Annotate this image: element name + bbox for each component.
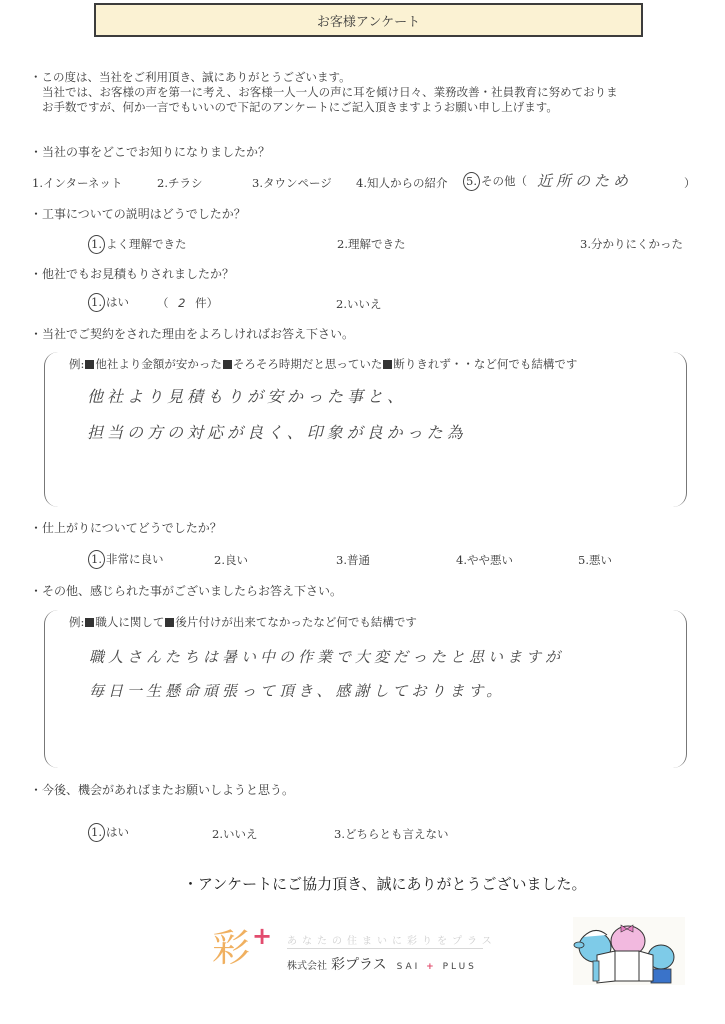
option-yes[interactable]: 1.はい: [88, 293, 129, 312]
option-internet[interactable]: 1.インターネット: [32, 175, 122, 191]
example-item: 他社より金額が安かった: [95, 357, 222, 371]
company-logo: 彩 + あなたの住まいに彩りをプラス 株式会社彩プラスSAI + PLUS: [212, 926, 482, 976]
option-bad[interactable]: 5.悪い: [578, 552, 612, 568]
other-close-paren: ）: [684, 175, 696, 191]
example-prefix: 例:: [69, 357, 84, 371]
option-good[interactable]: 2.良い: [214, 552, 248, 568]
brand-name: 彩プラス: [331, 957, 387, 973]
option-label: 非常に良い: [106, 552, 164, 566]
other-comments-answer-box[interactable]: 例:職人に関して後片付けが出来てなかったなど何でも結構です 職人さんたちは暑い中…: [44, 610, 687, 768]
intro-line-2: 当社では、お客様の声を第一に考え、お客様一人一人の声に耳を傾け日々、業務改善・社…: [30, 85, 618, 100]
question-future-use: ・今後、機会があればまたお願いしようと思う。: [30, 781, 294, 798]
logo-kanji-icon: 彩: [212, 926, 256, 970]
brand-en-left: SAI: [397, 962, 421, 972]
option-future-undecided[interactable]: 3.どちらとも言えない: [334, 826, 448, 842]
brand-en-plus: +: [426, 962, 437, 972]
selected-circle: 1.: [88, 823, 105, 842]
example-item: 後片付けが出来てなかったなど何でも結構です: [175, 615, 417, 629]
option-label: よく理解できた: [106, 237, 187, 251]
question-how-found: ・当社の事をどこでお知りになりましたか？: [30, 143, 270, 160]
survey-title-box: お客様アンケート: [94, 3, 643, 37]
option-understood[interactable]: 2.理解できた: [337, 236, 405, 252]
checkbox-square-icon: [85, 618, 94, 627]
option-referral[interactable]: 4.知人からの紹介: [356, 175, 447, 191]
option-other-label: その他（: [481, 174, 527, 188]
selected-circle: 1.: [88, 293, 105, 312]
handwritten-answer-line-1: 他社より見積もりが安かった事と、: [87, 384, 407, 407]
other-answer-handwritten[interactable]: 近所のため: [537, 170, 632, 191]
option-very-good[interactable]: 1.非常に良い: [88, 550, 164, 569]
logo-tagline: あなたの住まいに彩りをプラス: [287, 932, 497, 947]
option-understood-well[interactable]: 1.よく理解できた: [88, 235, 187, 254]
question-finish-quality: ・仕上がりについてどうでしたか？: [30, 519, 222, 536]
question-explanation: ・工事についての説明はどうでしたか？: [30, 205, 246, 222]
company-name: 株式会社彩プラスSAI + PLUS: [287, 954, 477, 974]
intro-text: ・この度は、当社をご利用頂き、誠にありがとうございます。 当社では、お客様の声を…: [30, 70, 618, 115]
option-label: はい: [106, 825, 129, 839]
contract-reason-answer-box[interactable]: 例:他社より金額が安かったそろそろ時期だと思っていた断りきれず・・など何でも結構…: [44, 352, 687, 507]
count-unit: 件）: [195, 296, 218, 310]
option-flyer[interactable]: 2.チラシ: [157, 175, 202, 191]
example-text: 例:職人に関して後片付けが出来てなかったなど何でも結構です: [69, 614, 417, 630]
selected-circle: 1.: [88, 550, 105, 569]
handwritten-answer-line-2: 担当の方の対応が良く、印象が良かった為: [87, 420, 467, 443]
option-future-yes[interactable]: 1.はい: [88, 823, 129, 842]
corp-prefix: 株式会社: [287, 961, 327, 972]
brand-en-right: PLUS: [443, 962, 477, 972]
thanks-message: ・アンケートにご協力頂き、誠にありがとうございました。: [183, 873, 587, 894]
checkbox-square-icon: [165, 618, 174, 627]
example-item: そろそろ時期だと思っていた: [233, 357, 383, 371]
option-average[interactable]: 3.普通: [336, 552, 370, 568]
mascot-characters-icon: [573, 917, 685, 985]
option-label: はい: [106, 295, 129, 309]
checkbox-square-icon: [383, 360, 392, 369]
option-hard-to-understand[interactable]: 3.分かりにくかった: [580, 236, 683, 252]
survey-title: お客様アンケート: [317, 11, 420, 30]
option-future-no[interactable]: 2.いいえ: [212, 826, 257, 842]
question-other-comments: ・その他、感じられた事がございましたらお答え下さい。: [30, 582, 342, 599]
selected-circle: 1.: [88, 235, 105, 254]
option-no[interactable]: 2.いいえ: [336, 296, 381, 312]
intro-line-3: お手数ですが、何か一言でもいいので下記のアンケートにご記入頂きますようお願い申し…: [30, 100, 618, 115]
intro-line-1: ・この度は、当社をご利用頂き、誠にありがとうございます。: [30, 70, 618, 85]
open-paren: （: [157, 296, 169, 310]
example-item: 職人に関して: [95, 615, 164, 629]
option-somewhat-bad[interactable]: 4.やや悪い: [456, 552, 513, 568]
handwritten-answer-line-2: 毎日一生懸命頑張って頂き、感謝しております。: [89, 680, 505, 701]
selected-circle: 5.: [463, 172, 480, 191]
example-prefix: 例:: [69, 615, 84, 629]
mascot-illustration: [573, 917, 685, 985]
option-townpage[interactable]: 3.タウンページ: [252, 175, 332, 191]
question-other-estimates: ・他社でもお見積もりされましたか？: [30, 265, 234, 282]
logo-divider: [287, 948, 483, 949]
example-text: 例:他社より金額が安かったそろそろ時期だと思っていた断りきれず・・など何でも結構…: [69, 356, 577, 372]
estimate-count: （ 2 件）: [157, 295, 218, 311]
checkbox-square-icon: [85, 360, 94, 369]
question-contract-reason: ・当社でご契約をされた理由をよろしければお答え下さい。: [30, 325, 354, 342]
handwritten-answer-line-1: 職人さんたちは暑い中の作業で大変だったと思いますが: [89, 646, 564, 667]
checkbox-square-icon: [223, 360, 232, 369]
option-other[interactable]: 5.その他（: [463, 172, 527, 191]
estimate-count-handwritten[interactable]: 2: [178, 296, 185, 310]
brand-english: SAI + PLUS: [397, 962, 477, 972]
logo-plus-icon: +: [252, 922, 272, 950]
example-item: 断りきれず・・など何でも結構です: [393, 357, 577, 371]
